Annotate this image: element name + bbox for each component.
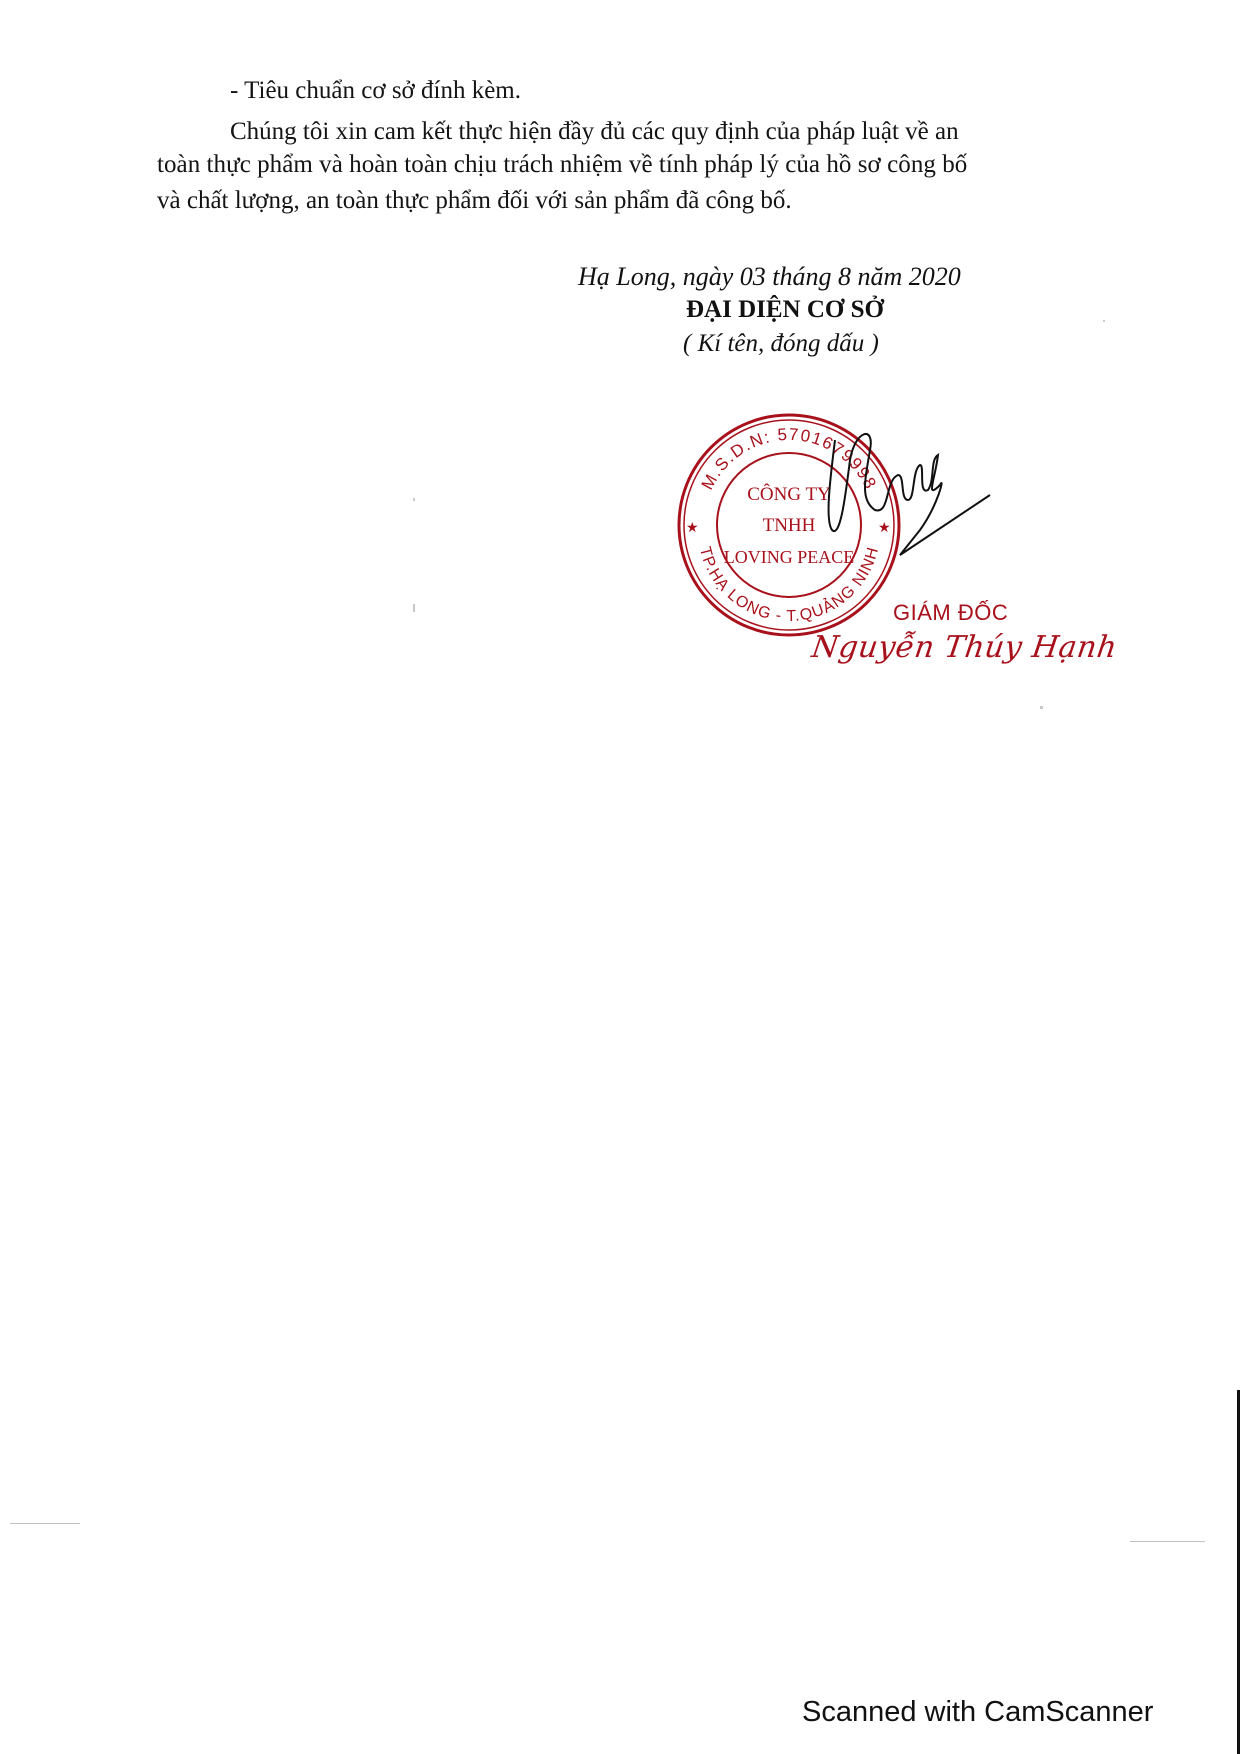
sign-note: ( Kí tên, đóng dấu )	[683, 330, 879, 358]
commitment-line-3: và chất lượng, an toàn thực phẩm đối với…	[157, 184, 792, 217]
scan-speck	[1040, 706, 1043, 709]
commitment-line-2: toàn thực phẩm và hoàn toàn chịu trách n…	[157, 148, 967, 181]
scan-line	[1130, 1541, 1205, 1542]
director-title: GIÁM ĐỐC	[893, 600, 1008, 626]
scan-speck	[1103, 320, 1105, 322]
svg-text:★: ★	[686, 521, 699, 536]
director-name: Nguyễn Thúy Hạnh	[810, 630, 1120, 665]
scan-speck	[413, 498, 415, 501]
commitment-line-1: Chúng tôi xin cam kết thực hiện đầy đủ c…	[230, 115, 959, 148]
scan-speck	[413, 604, 415, 612]
scan-line	[10, 1523, 80, 1524]
camscanner-watermark: Scanned with CamScanner	[802, 1696, 1153, 1729]
representative-heading: ĐẠI DIỆN CƠ SỞ	[686, 296, 884, 324]
handwritten-signature-icon	[820, 420, 1010, 560]
stamp-line-2: TNHH	[763, 515, 816, 536]
stamp-line-1: CÔNG TY	[747, 483, 831, 505]
attachment-line: - Tiêu chuẩn cơ sở đính kèm.	[230, 74, 521, 107]
place-date: Hạ Long, ngày 03 tháng 8 năm 2020	[578, 262, 961, 292]
